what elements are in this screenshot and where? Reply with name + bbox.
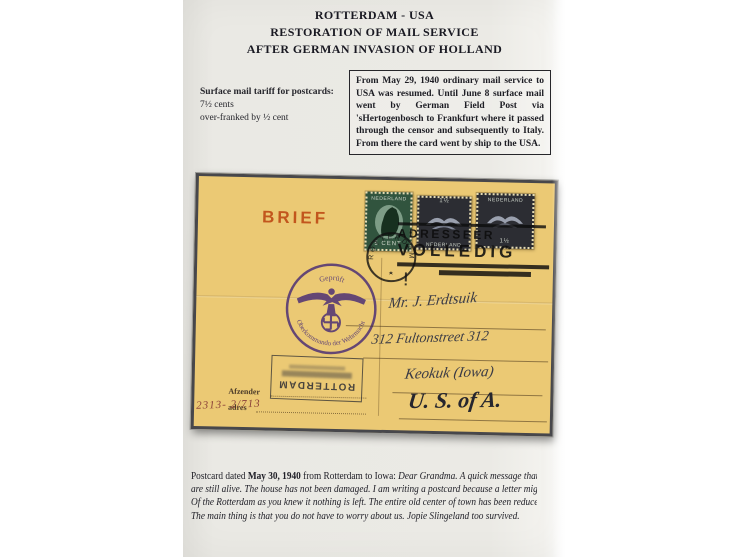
exhibit-title-line-2: RESTORATION OF MAIL SERVICE [183,25,566,40]
cancel-bar [397,262,549,269]
svg-text:Geprüft: Geprüft [318,273,347,285]
slogan-line-2: VOLLEDIG [397,240,549,263]
caption-line-1: Postcard dated May 30, 1940 from Rotterd… [191,470,537,483]
caption-quote-4: The main thing is that you do not have t… [191,511,520,522]
stamp-dove-left-value: 1½ [439,198,449,204]
slogan-cancel: ADRESSEER VOLLEDIG [397,222,550,277]
caption-quote-1: Dear Grandma. A quick message that w [398,471,537,482]
caption-line-3: Of the Rotterdam as you knew it nothing … [191,496,537,509]
address-line-4: U. S. of A. [407,387,504,414]
sender-afzender-label: Afzender [228,387,260,397]
address-line-2: 312 Fultonstreet 312 [370,329,489,349]
tariff-rate: 7½ cents [200,99,360,112]
service-note-box: From May 29, 1940 ordinary mail service … [349,70,551,155]
sender-dotted-line [256,410,366,414]
postcard: BRIEF NEDERLAND 5 CENT 1½ NEDERLAND [191,173,558,437]
stamp-dove-right-country: NEDERLAND [488,197,523,204]
boxed-handstamp-inverted: ROTTERDAM [270,355,364,402]
handstamp-smudge [289,365,345,371]
address-rule [363,358,548,363]
handstamp-town-label: ROTTERDAM [278,379,356,393]
cancel-bar [439,270,531,277]
address-line-3: Keokuk (Iowa) [404,364,495,384]
caption-line-4: The main thing is that you do not have t… [191,510,537,523]
caption-date: May 30, 1940 [248,471,301,482]
caption-quote-3: Of the Rotterdam as you knew it nothing … [191,497,537,508]
album-page: ROTTERDAM - USA RESTORATION OF MAIL SERV… [183,0,566,557]
pencil-annotation: 2313- 2/713 [196,398,261,412]
caption-paragraph: Postcard dated May 30, 1940 from Rotterd… [191,470,537,523]
handstamp-smudge [282,371,352,380]
tariff-note: Surface mail tariff for postcards: 7½ ce… [200,86,360,125]
ink-tick-mark [405,272,407,281]
caption-route: from Rotterdam to Iowa: [301,471,398,482]
tariff-heading: Surface mail tariff for postcards: [200,86,360,99]
address-line-1: Mr. J. Erdtsuik [388,290,478,313]
caption-intro: Postcard dated [191,471,248,482]
stamp-green-country: NEDERLAND [371,196,406,203]
postcard-imprint: BRIEF [262,207,328,228]
address-rule [399,418,547,422]
exhibit-title-line-3: AFTER GERMAN INVASION OF HOLLAND [183,42,566,57]
censor-top-label: Geprüft [318,273,347,285]
caption-line-2: are still alive. The house has not been … [191,483,537,496]
caption-quote-2: are still alive. The house has not been … [191,484,537,495]
exhibit-page-photo: ROTTERDAM - USA RESTORATION OF MAIL SERV… [0,0,740,557]
tariff-detail: over-franked by ½ cent [200,112,360,125]
exhibit-title-line-1: ROTTERDAM - USA [183,8,566,23]
censor-eagle-swastika-icon: Geprüft Oberkommando der Wehrmacht [282,260,380,358]
